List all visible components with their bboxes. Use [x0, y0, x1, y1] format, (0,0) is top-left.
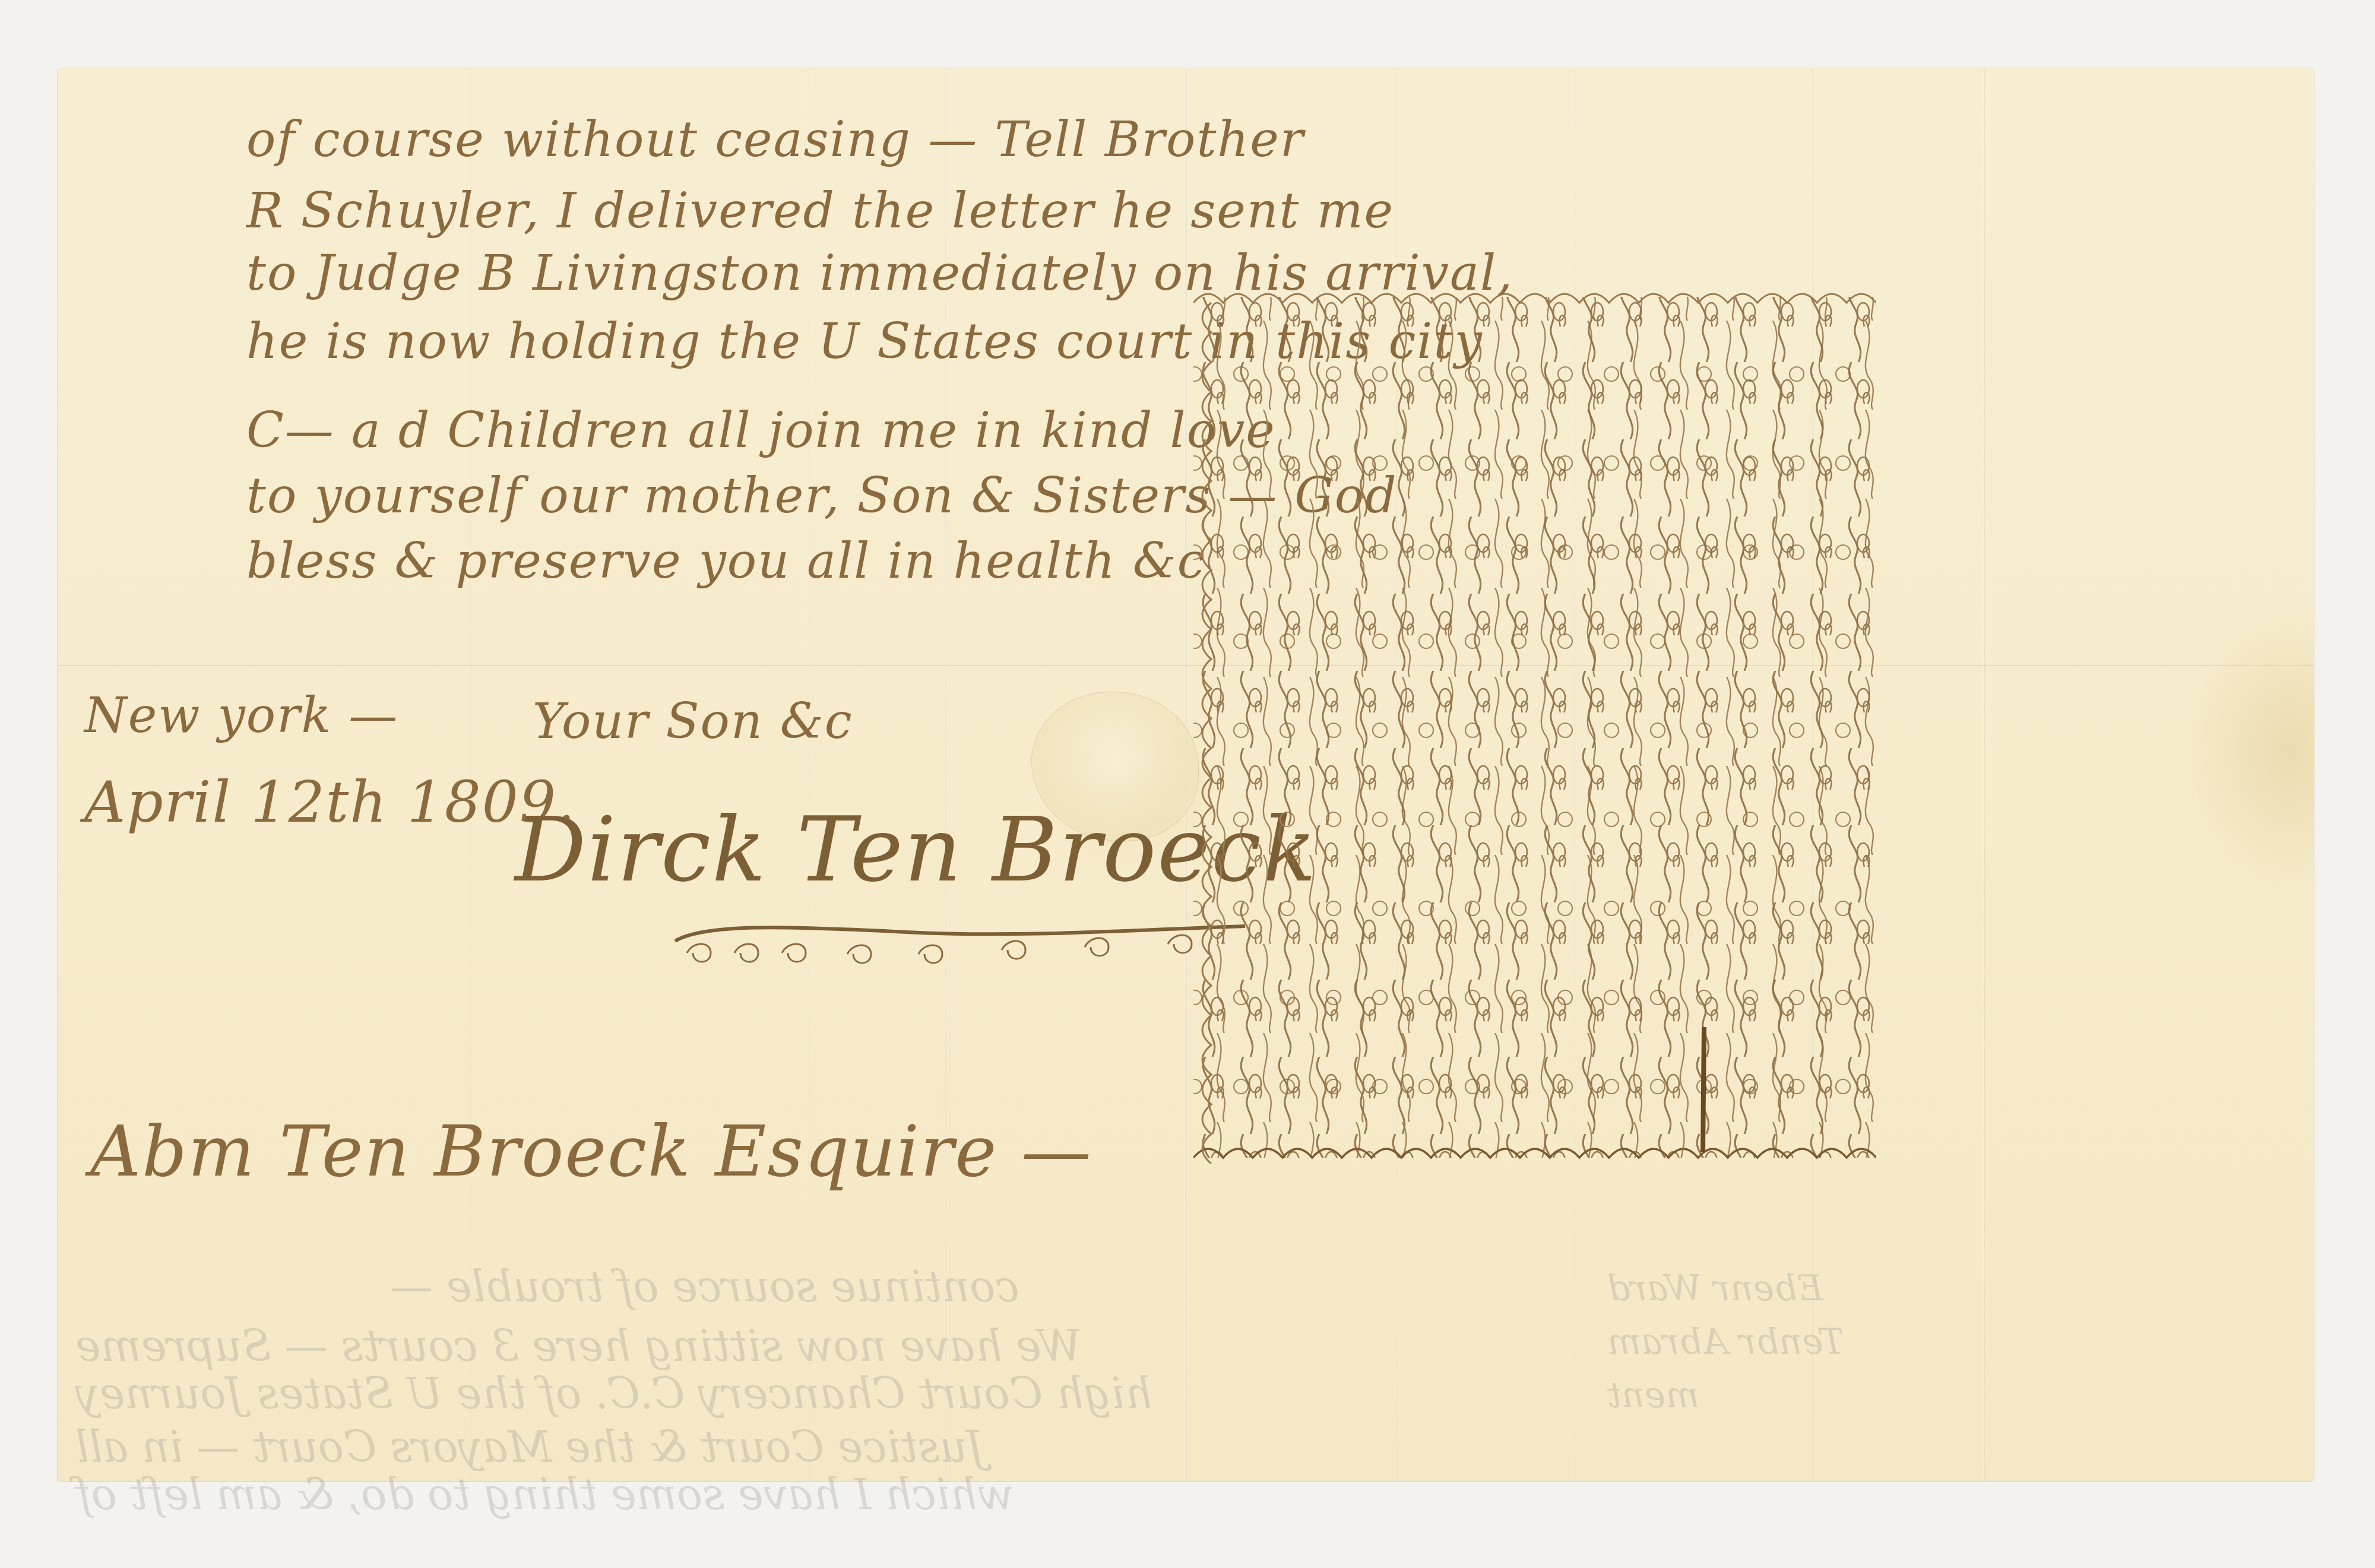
- letter-line: bless & preserve you all in health &c: [246, 537, 1206, 586]
- bleed-through-line: Tenbr Abram: [1607, 1321, 1844, 1363]
- letter-line: of course without ceasing — Tell Brother: [246, 116, 1304, 164]
- letter-date: April 12th 1809.: [84, 769, 577, 835]
- signature-flourish: [669, 917, 1251, 971]
- bleed-through-line: high Court Chancery C.C. of the U States…: [75, 1369, 1152, 1418]
- bleed-through-line: which I have some thing to do, & am left…: [75, 1469, 1014, 1519]
- letter-line: R Schuyler, I delivered the letter he se…: [246, 187, 1394, 236]
- bleed-through-line: continue source of trouble —: [390, 1262, 1019, 1312]
- fold-line: [1983, 68, 1985, 1481]
- bleed-through-line: Ebenr Ward: [1607, 1268, 1823, 1309]
- letter-line: C— a d Children all join me in kind love: [246, 407, 1276, 455]
- pen-scribble-block: [1193, 285, 1876, 1164]
- addressee: Abm Ten Broeck Esquire —: [90, 1110, 1092, 1192]
- letter-sheet: continue source of trouble — We have now…: [58, 68, 2314, 1481]
- horizontal-fold: [58, 665, 2314, 666]
- bleed-through-line: We have now sitting here 3 courts — Supr…: [75, 1321, 1082, 1371]
- bleed-through-line: Justice Court & the Mayors Court — in al…: [75, 1422, 984, 1472]
- letter-place: New york —: [84, 692, 398, 740]
- bleed-through-line: ment: [1607, 1374, 1699, 1416]
- letter-closing: Your Son &c: [533, 698, 853, 746]
